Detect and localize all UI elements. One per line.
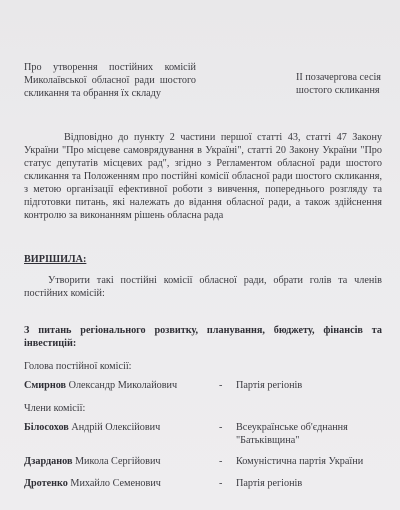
member-given-names: Михайло Семенович bbox=[70, 478, 161, 489]
member-name: Дротенко Михайло Семенович bbox=[24, 477, 161, 490]
member-given-names: Андрій Олексійович bbox=[71, 422, 160, 433]
chair-label: Голова постійної комісії: bbox=[24, 360, 131, 373]
chair-name: Смирнов Олександр Миколайович bbox=[24, 379, 177, 392]
document-subject: Про утворення постійних комісій Миколаїв… bbox=[24, 61, 196, 100]
session-info: II позачергова сесія шостого скликання bbox=[296, 71, 396, 97]
session-number: II позачергова сесія bbox=[296, 71, 396, 84]
member-dash: - bbox=[219, 477, 222, 490]
resolution-paragraph: Утворити такі постійні комісії обласної … bbox=[24, 274, 382, 300]
member-surname: Дзарданов bbox=[24, 456, 72, 467]
member-surname: Білосохов bbox=[24, 422, 69, 433]
member-party: Комуністична партія України bbox=[236, 455, 396, 468]
chair-given-names: Олександр Миколайович bbox=[69, 380, 178, 391]
committee-title: З питань регіонального розвитку, планува… bbox=[24, 324, 382, 350]
chair-surname: Смирнов bbox=[24, 380, 66, 391]
member-surname: Дротенко bbox=[24, 478, 68, 489]
member-given-names: Микола Сергійович bbox=[75, 456, 161, 467]
member-name: Дзарданов Микола Сергійович bbox=[24, 455, 161, 468]
member-dash: - bbox=[219, 421, 222, 434]
decided-heading: ВИРІШИЛА: bbox=[24, 253, 86, 266]
member-name: Білосохов Андрій Олексійович bbox=[24, 421, 160, 434]
chair-party: Партія регіонів bbox=[236, 379, 396, 392]
document-page: Про утворення постійних комісій Миколаїв… bbox=[0, 0, 400, 510]
session-convocation: шостого скликання bbox=[296, 84, 396, 97]
member-dash: - bbox=[219, 455, 222, 468]
preamble-paragraph: Відповідно до пункту 2 частини першої ст… bbox=[24, 131, 382, 222]
member-party: Всеукраїнське об'єднання "Батьківщина" bbox=[236, 421, 396, 447]
members-label: Члени комісії: bbox=[24, 402, 85, 415]
member-party: Партія регіонів bbox=[236, 477, 396, 490]
chair-dash: - bbox=[219, 379, 222, 392]
